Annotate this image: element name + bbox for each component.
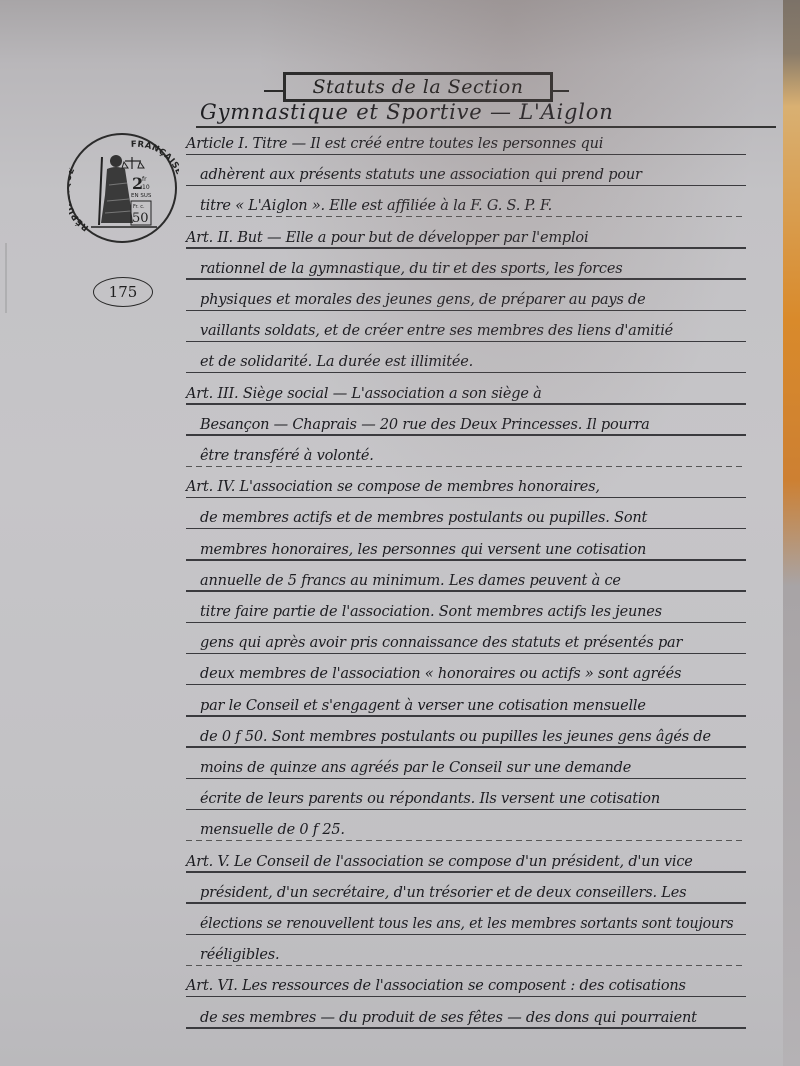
text-line: rééligibles.	[186, 941, 746, 967]
handwritten-text: par le Conseil et s'engagent à verser un…	[200, 698, 646, 714]
handwritten-text: Besançon — Chaprais — 20 rue des Deux Pr…	[200, 417, 650, 433]
text-line: annuelle de 5 francs au minimum. Les dam…	[186, 567, 746, 593]
ruled-line	[186, 684, 746, 686]
ruled-line	[186, 965, 746, 967]
document-subtitle: Gymnastique et Sportive — L'Aiglon	[200, 100, 614, 124]
ruled-line	[186, 590, 746, 592]
svg-text:RÉPUBLIQUE: RÉPUBLIQUE	[69, 166, 91, 233]
document-page: Statuts de la Section Gymnastique et Spo…	[0, 0, 783, 1066]
svg-text:EN SUS: EN SUS	[131, 193, 152, 199]
handwritten-text: vaillants soldats, et de créer entre ses…	[200, 323, 673, 339]
ruled-line	[186, 746, 746, 748]
handwritten-text: deux membres de l'association « honorair…	[200, 666, 681, 682]
folio-number: 175	[93, 277, 153, 307]
title-dash-right	[551, 90, 569, 92]
text-line: titre « L'Aiglon ». Elle est affiliée à …	[186, 192, 746, 218]
handwritten-text: Art. VI. Les ressources de l'association…	[186, 978, 686, 994]
ruled-line	[186, 528, 746, 530]
article-heading-line: Art. IV. L'association se compose de mem…	[186, 473, 746, 499]
text-line: titre faire partie de l'association. Son…	[186, 598, 746, 624]
svg-text:10: 10	[142, 184, 150, 191]
text-line: de ses membres — du produit de ses fêtes…	[186, 1004, 746, 1030]
handwritten-text: de membres actifs et de membres postulan…	[200, 510, 647, 526]
text-line: de membres actifs et de membres postulan…	[186, 504, 746, 530]
text-line: deux membres de l'association « honorair…	[186, 660, 746, 686]
ruled-line	[186, 715, 746, 717]
handwritten-text: Art. II. But — Elle a pour but de dévelo…	[186, 230, 588, 246]
handwritten-text: président, d'un secrétaire, d'un trésori…	[200, 885, 686, 901]
article-heading-line: Art. III. Siège social — L'association a…	[186, 380, 746, 406]
ruled-line	[186, 934, 746, 936]
text-line: moins de quinze ans agréés par le Consei…	[186, 754, 746, 780]
article-heading-line: Art. VI. Les ressources de l'association…	[186, 972, 746, 998]
ruled-line	[186, 902, 746, 904]
ruled-line	[186, 809, 746, 811]
ruled-line	[186, 341, 746, 343]
marianne-scales-icon: RÉPUBLIQUE FRANÇAISE 2 fr 10 EN SUS Fr. …	[69, 135, 179, 245]
handwritten-text: élections se renouvellent tous les ans, …	[200, 916, 733, 932]
handwritten-text: gens qui après avoir pris connaissance d…	[200, 635, 682, 651]
text-line: par le Conseil et s'engagent à verser un…	[186, 692, 746, 718]
ruled-line	[186, 154, 746, 156]
article-heading-line: Art. V. Le Conseil de l'association se c…	[186, 848, 746, 874]
ruled-line	[186, 1027, 746, 1029]
text-line: gens qui après avoir pris connaissance d…	[186, 629, 746, 655]
text-line: de 0 f 50. Sont membres postulants ou pu…	[186, 723, 746, 749]
ruled-line	[186, 497, 746, 499]
handwritten-text: annuelle de 5 francs au minimum. Les dam…	[200, 573, 621, 589]
folio-number-text: 175	[109, 283, 138, 301]
handwritten-text: Article I. Titre — Il est créé entre tou…	[186, 136, 603, 152]
page-edge	[783, 0, 800, 1066]
handwritten-text: physiques et morales des jeunes gens, de…	[200, 292, 646, 308]
text-line: être transféré à volonté.	[186, 442, 746, 468]
handwritten-text: mensuelle de 0 f 25.	[200, 822, 345, 838]
article-heading-line: Article I. Titre — Il est créé entre tou…	[186, 130, 746, 156]
handwritten-text: Art. IV. L'association se compose de mem…	[186, 479, 600, 495]
text-line: et de solidarité. La durée est illimitée…	[186, 348, 746, 374]
ruled-line	[186, 403, 746, 405]
handwritten-text: de ses membres — du produit de ses fêtes…	[200, 1010, 697, 1026]
title-box: Statuts de la Section	[283, 72, 553, 102]
handwritten-text: Art. V. Le Conseil de l'association se c…	[186, 854, 693, 870]
handwritten-text: titre « L'Aiglon ». Elle est affiliée à …	[200, 198, 552, 214]
document-title: Statuts de la Section	[313, 76, 524, 98]
svg-text:FRANÇAISE: FRANÇAISE	[131, 140, 179, 177]
subtitle-rule	[196, 126, 776, 128]
fiscal-stamp: RÉPUBLIQUE FRANÇAISE 2 fr 10 EN SUS Fr. …	[67, 133, 177, 243]
handwritten-text: de 0 f 50. Sont membres postulants ou pu…	[200, 729, 711, 745]
ruled-line	[186, 778, 746, 780]
ruled-line	[186, 871, 746, 873]
text-line: rationnel de la gymnastique, du tir et d…	[186, 255, 746, 281]
handwritten-text: moins de quinze ans agréés par le Consei…	[200, 760, 631, 776]
handwritten-text: être transféré à volonté.	[200, 448, 374, 464]
ruled-line	[186, 559, 746, 561]
text-line: physiques et morales des jeunes gens, de…	[186, 286, 746, 312]
text-line: Besançon — Chaprais — 20 rue des Deux Pr…	[186, 411, 746, 437]
svg-text:Fr. c.: Fr. c.	[133, 204, 145, 210]
ruled-line	[186, 996, 746, 998]
ruled-line	[186, 310, 746, 312]
ruled-line	[186, 216, 746, 218]
svg-text:50: 50	[132, 211, 149, 226]
ruled-line	[186, 247, 746, 249]
ruled-line	[186, 622, 746, 624]
text-line: adhèrent aux présents statuts une associ…	[186, 161, 746, 187]
title-dash-left	[264, 90, 284, 92]
text-line: écrite de leurs parents ou répondants. I…	[186, 785, 746, 811]
handwritten-text: adhèrent aux présents statuts une associ…	[200, 167, 642, 183]
ruled-line	[186, 185, 746, 187]
text-line: élections se renouvellent tous les ans, …	[186, 910, 746, 936]
handwritten-text: rééligibles.	[200, 947, 279, 963]
text-line: mensuelle de 0 f 25.	[186, 816, 746, 842]
ruled-line	[186, 278, 746, 280]
ruled-line	[186, 466, 746, 468]
text-line: vaillants soldats, et de créer entre ses…	[186, 317, 746, 343]
text-line: membres honoraires, les personnes qui ve…	[186, 536, 746, 562]
handwritten-text: membres honoraires, les personnes qui ve…	[200, 542, 646, 558]
ruled-line	[186, 434, 746, 436]
text-line: président, d'un secrétaire, d'un trésori…	[186, 879, 746, 905]
handwritten-text: titre faire partie de l'association. Son…	[200, 604, 662, 620]
ruled-line	[186, 372, 746, 374]
handwritten-text: rationnel de la gymnastique, du tir et d…	[200, 261, 622, 277]
ruled-line	[186, 653, 746, 655]
ruled-line	[186, 840, 746, 842]
margin-mark	[5, 243, 7, 313]
handwritten-text: Art. III. Siège social — L'association a…	[186, 386, 542, 402]
article-heading-line: Art. II. But — Elle a pour but de dévelo…	[186, 224, 746, 250]
handwritten-text: écrite de leurs parents ou répondants. I…	[200, 791, 660, 807]
handwritten-text: et de solidarité. La durée est illimitée…	[200, 354, 473, 370]
svg-text:fr: fr	[142, 176, 147, 183]
